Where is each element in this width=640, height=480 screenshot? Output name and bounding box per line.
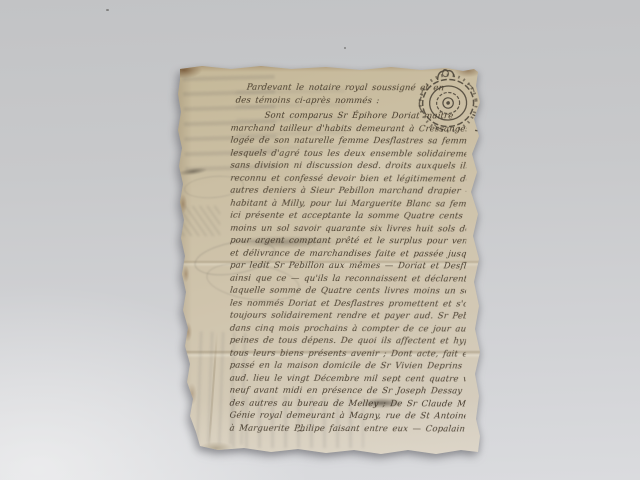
text-line: lesquels d'agré tous les deux ensemble s… xyxy=(230,147,467,160)
text-line: à Marguerite Philipe faisant entre eux —… xyxy=(229,422,466,435)
text-line: ainsi que ce — qu'ils la reconnaissent e… xyxy=(229,272,466,285)
text-line: des autres au bureau de Melley ; De Sr C… xyxy=(229,397,466,410)
text-line: ici présente et acceptante la somme Quat… xyxy=(229,210,466,223)
dust-speck xyxy=(106,9,109,11)
text-line: et délivrance de marchandises faite et p… xyxy=(229,247,466,260)
text-line: les nommés Doriat et Desflastres promett… xyxy=(229,297,466,310)
text-line: passé en la maison domicile de Sr Vivien… xyxy=(229,360,466,373)
text-line: neuf avant midi en présence de Sr Joseph… xyxy=(229,385,466,398)
text-line: aud. lieu le vingt Décembre mil sept cen… xyxy=(229,372,466,385)
ink-stamp-seal-icon xyxy=(412,66,484,134)
margin-pencil-scribble xyxy=(176,206,220,236)
dust-speck xyxy=(344,47,346,49)
text-line: laquelle somme de Quatre cents livres mo… xyxy=(229,285,466,298)
text-line: autres deniers à Sieur Pebillon marchand… xyxy=(230,185,467,198)
photo-backdrop: Pardevant le notaire royal soussigné et … xyxy=(0,0,640,480)
text-line: Génie royal demeurant à Magny, rue de St… xyxy=(229,410,466,423)
text-line: habitant à Milly, pour lui Marguerite Bl… xyxy=(230,197,467,210)
text-line: toujours solidairement rendre et payer a… xyxy=(229,310,466,323)
text-line: sans division ni discussion desd. droits… xyxy=(230,160,467,173)
closing-flourish: ~ xyxy=(295,424,306,438)
text-line: reconnu et confessé devoir bien et légit… xyxy=(230,172,467,185)
text-line: moins un sol savoir quarante six livres … xyxy=(229,222,466,235)
text-line: dans cinq mois prochains à compter de ce… xyxy=(229,322,466,335)
text-line: par ledit Sr Pebillon aux mêmes — Doriat… xyxy=(229,260,466,273)
handwritten-text-block: Pardevant le notaire royal soussigné et … xyxy=(229,82,466,436)
ink-overwrite-smudge xyxy=(228,236,340,248)
manuscript-paper: Pardevant le notaire royal soussigné et … xyxy=(176,64,482,456)
text-line: peines de tous dépens. De quoi ils affec… xyxy=(229,335,466,348)
ink-overwrite-smudge xyxy=(360,398,404,408)
text-line: logée de son naturelle femme Desflastres… xyxy=(230,135,467,148)
text-line: tous leurs biens présents avenir ; Dont … xyxy=(229,347,466,360)
manuscript-paper-wrap: Pardevant le notaire royal soussigné et … xyxy=(176,64,482,456)
